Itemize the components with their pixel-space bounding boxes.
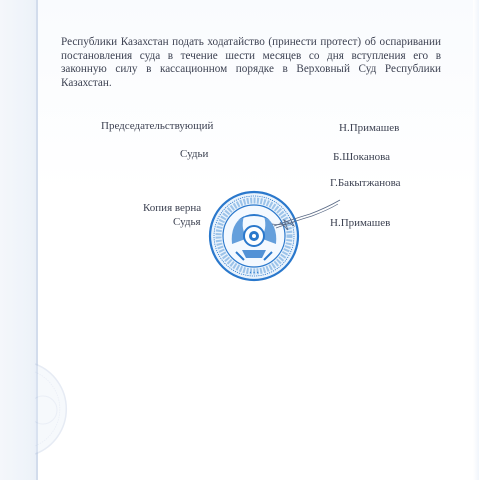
appeal-paragraph: Республики Казахстан подать ходатайство …: [61, 36, 441, 90]
presiding-label: Председательствующий: [101, 120, 213, 132]
judge-name-2: Г.Бакытжанова: [330, 177, 401, 189]
scan-left-margin: [0, 0, 37, 480]
signature-icon: [270, 196, 342, 234]
presiding-name: Н.Примашев: [339, 122, 399, 134]
scan-right-edge: [473, 0, 479, 480]
copy-judge-label: Судья: [173, 216, 201, 228]
svg-text:• • •: • • •: [249, 270, 259, 275]
judges-label: Судьи: [180, 148, 208, 160]
copy-certified-label: Копия верна: [143, 202, 201, 214]
judge-name-1: Б.Шоканова: [333, 151, 390, 163]
faint-seal-icon: [35, 360, 101, 458]
